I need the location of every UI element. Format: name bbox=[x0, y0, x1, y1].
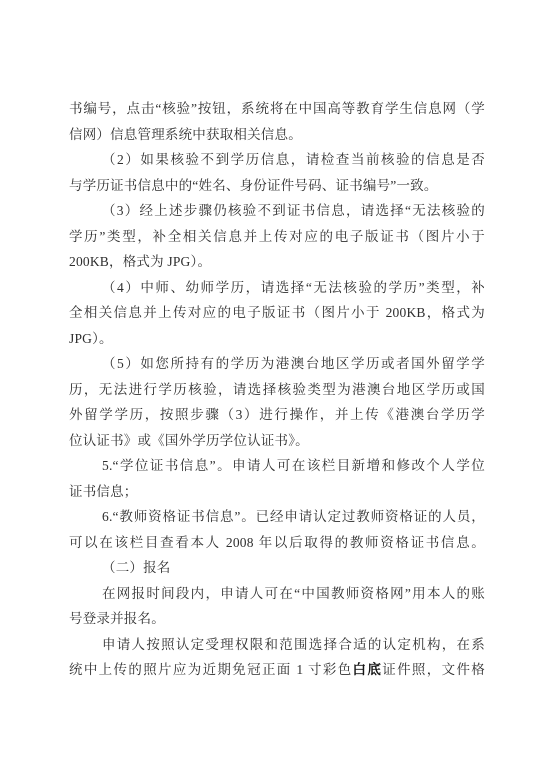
text-segment: 信网）信息管理系统中获取相关信息。 bbox=[69, 127, 302, 142]
text-line: JPG）。 bbox=[69, 326, 485, 352]
text-line: 位认证书》或《国外学历学位认证书》。 bbox=[69, 428, 485, 454]
paragraph-item-5-degree-info: 5.“学位证书信息”。申请人可在该栏目新增和修改个人学位证书信息； bbox=[69, 453, 485, 504]
highlighted-term: 白底 bbox=[353, 662, 383, 677]
text-line: 学历”类型，补全相关信息并上传对应的电子版证书（图片小于 bbox=[69, 224, 485, 250]
text-segment: 书编号，点击“核验”按钮，系统将在中国高等教育学生信息网（学 bbox=[69, 101, 485, 116]
text-line: 书编号，点击“核验”按钮，系统将在中国高等教育学生信息网（学 bbox=[69, 96, 485, 122]
text-line: 统中上传的照片应为近期免冠正面 1 寸彩色白底证件照，文件格 bbox=[69, 657, 485, 683]
text-line: （5）如您所持有的学历为港澳台地区学历或者国外留学学 bbox=[69, 351, 485, 377]
text-line: 在网报时间段内，申请人可在“中国教师资格网”用本人的账 bbox=[69, 581, 485, 607]
paragraph-step-2: （2）如果核验不到学历信息，请检查当前核验的信息是否与学历证书信息中的“姓名、身… bbox=[69, 147, 485, 198]
paragraph-registration-photo: 申请人按照认定受理权限和范围选择合适的认定机构，在系统中上传的照片应为近期免冠正… bbox=[69, 632, 485, 683]
text-segment: 外留学学历，按照步骤（3）进行操作，并上传《港澳台学历学 bbox=[69, 407, 485, 422]
paragraph-cert-number-continuation: 书编号，点击“核验”按钮，系统将在中国高等教育学生信息网（学信网）信息管理系统中… bbox=[69, 96, 485, 147]
text-line: 与学历证书信息中的“姓名、身份证件号码、证书编号”一致。 bbox=[69, 173, 485, 199]
text-segment: 6.“教师资格证书信息”。已经申请认定过教师资格证的人员， bbox=[102, 509, 485, 524]
document-page: 书编号，点击“核验”按钮，系统将在中国高等教育学生信息网（学信网）信息管理系统中… bbox=[0, 0, 554, 784]
text-segment: 5.“学位证书信息”。申请人可在该栏目新增和修改个人学位 bbox=[102, 458, 485, 473]
text-segment: 证书信息； bbox=[69, 484, 138, 499]
text-segment: 在网报时间段内，申请人可在“中国教师资格网”用本人的账 bbox=[102, 586, 485, 601]
text-line: （二）报名 bbox=[69, 555, 485, 581]
paragraph-item-6-teacher-cert-info: 6.“教师资格证书信息”。已经申请认定过教师资格证的人员，可以在该栏目查看本人 … bbox=[69, 504, 485, 555]
text-segment: 统中上传的照片应为近期免冠正面 1 寸彩色 bbox=[69, 662, 353, 677]
text-line: 历，无法进行学历核验，请选择核验类型为港澳台地区学历或国 bbox=[69, 377, 485, 403]
text-line: （4）中师、幼师学历，请选择“无法核验的学历”类型，补 bbox=[69, 275, 485, 301]
text-line: （2）如果核验不到学历信息，请检查当前核验的信息是否 bbox=[69, 147, 485, 173]
text-segment: 全相关信息并上传对应的电子版证书（图片小于 200KB，格式为 bbox=[69, 305, 485, 320]
text-line: 200KB，格式为 JPG）。 bbox=[69, 249, 485, 275]
text-line: 号登录并报名。 bbox=[69, 606, 485, 632]
text-line: 可以在该栏目查看本人 2008 年以后取得的教师资格证书信息。 bbox=[69, 530, 485, 556]
paragraph-heading-registration: （二）报名 bbox=[69, 555, 485, 581]
text-segment: 证件照，文件格 bbox=[382, 662, 485, 677]
text-segment: 位认证书》或《国外学历学位认证书》。 bbox=[69, 433, 309, 448]
document-body: 书编号，点击“核验”按钮，系统将在中国高等教育学生信息网（学信网）信息管理系统中… bbox=[69, 96, 485, 683]
text-line: 信网）信息管理系统中获取相关信息。 bbox=[69, 122, 485, 148]
text-segment: （4）中师、幼师学历，请选择“无法核验的学历”类型，补 bbox=[102, 280, 485, 295]
text-segment: 与学历证书信息中的“姓名、身份证件号码、证书编号”一致。 bbox=[69, 178, 438, 193]
text-line: 全相关信息并上传对应的电子版证书（图片小于 200KB，格式为 bbox=[69, 300, 485, 326]
text-segment: （5）如您所持有的学历为港澳台地区学历或者国外留学学 bbox=[102, 356, 485, 371]
text-line: 6.“教师资格证书信息”。已经申请认定过教师资格证的人员， bbox=[69, 504, 485, 530]
text-segment: JPG）。 bbox=[69, 331, 113, 346]
text-segment: 200KB，格式为 JPG）。 bbox=[69, 254, 211, 269]
paragraph-step-5: （5）如您所持有的学历为港澳台地区学历或者国外留学学历，无法进行学历核验，请选择… bbox=[69, 351, 485, 453]
text-segment: （二）报名 bbox=[102, 560, 171, 575]
text-line: 证书信息； bbox=[69, 479, 485, 505]
text-line: （3）经上述步骤仍核验不到证书信息，请选择“无法核验的 bbox=[69, 198, 485, 224]
text-segment: （2）如果核验不到学历信息，请检查当前核验的信息是否 bbox=[102, 152, 485, 167]
paragraph-step-4: （4）中师、幼师学历，请选择“无法核验的学历”类型，补全相关信息并上传对应的电子… bbox=[69, 275, 485, 352]
paragraph-step-3: （3）经上述步骤仍核验不到证书信息，请选择“无法核验的学历”类型，补全相关信息并… bbox=[69, 198, 485, 275]
text-segment: 申请人按照认定受理权限和范围选择合适的认定机构，在系 bbox=[102, 637, 485, 652]
text-segment: 历，无法进行学历核验，请选择核验类型为港澳台地区学历或国 bbox=[69, 382, 485, 397]
text-line: 申请人按照认定受理权限和范围选择合适的认定机构，在系 bbox=[69, 632, 485, 658]
text-segment: 可以在该栏目查看本人 2008 年以后取得的教师资格证书信息。 bbox=[69, 535, 485, 550]
text-segment: 学历”类型，补全相关信息并上传对应的电子版证书（图片小于 bbox=[69, 229, 485, 244]
text-segment: 号登录并报名。 bbox=[69, 611, 165, 626]
text-segment: （3）经上述步骤仍核验不到证书信息，请选择“无法核验的 bbox=[102, 203, 485, 218]
text-line: 外留学学历，按照步骤（3）进行操作，并上传《港澳台学历学 bbox=[69, 402, 485, 428]
text-line: 5.“学位证书信息”。申请人可在该栏目新增和修改个人学位 bbox=[69, 453, 485, 479]
paragraph-registration-login: 在网报时间段内，申请人可在“中国教师资格网”用本人的账号登录并报名。 bbox=[69, 581, 485, 632]
